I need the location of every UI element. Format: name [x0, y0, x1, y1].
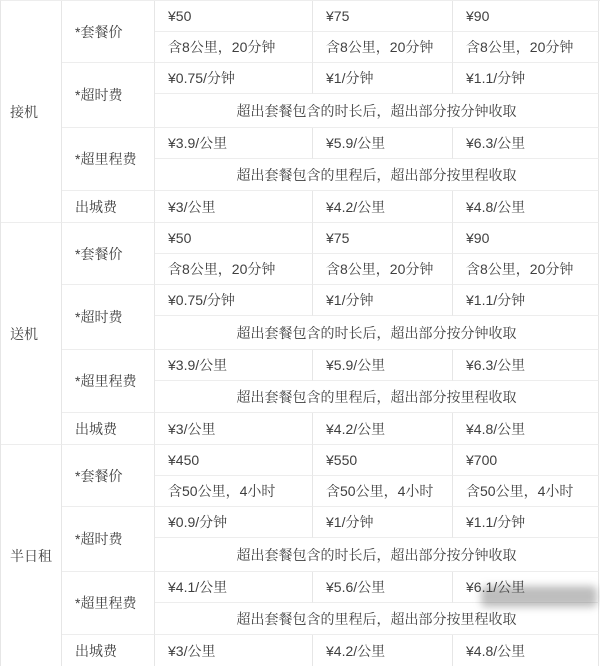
outcity-rate: ¥4.2/公里 — [313, 635, 453, 666]
outcity-rate: ¥4.8/公里 — [453, 413, 599, 445]
package-includes: 含8公里，20分钟 — [313, 32, 453, 63]
package-includes: 含8公里，20分钟 — [313, 254, 453, 285]
row-label-outcity-fee: 出城费 — [62, 413, 155, 445]
row-label-package-price: *套餐价 — [62, 445, 155, 507]
package-price-value: ¥90 — [453, 223, 599, 254]
package-includes: 含8公里，20分钟 — [453, 32, 599, 63]
package-includes: 含50公里，4小时 — [453, 476, 599, 507]
row-label-overmileage-fee: *超里程费 — [62, 572, 155, 635]
overmileage-rate: ¥4.1/公里 — [155, 572, 313, 603]
overmileage-rate: ¥5.9/公里 — [313, 128, 453, 159]
package-includes: 含8公里，20分钟 — [453, 254, 599, 285]
overtime-note: 超出套餐包含的时长后，超出部分按分钟收取 — [155, 94, 599, 128]
overmileage-note: 超出套餐包含的里程后，超出部分按里程收取 — [155, 603, 599, 635]
package-includes: 含50公里，4小时 — [155, 476, 313, 507]
package-price-value: ¥75 — [313, 1, 453, 32]
row-label-overtime-fee: *超时费 — [62, 63, 155, 128]
section-group-label: 送机 — [1, 223, 62, 445]
overtime-note: 超出套餐包含的时长后，超出部分按分钟收取 — [155, 538, 599, 572]
pricing-table: 接机 *套餐价 ¥50 ¥75 ¥90 含8公里，20分钟 含8公里，20分钟 … — [0, 0, 600, 666]
overmileage-note: 超出套餐包含的里程后，超出部分按里程收取 — [155, 159, 599, 191]
overtime-rate: ¥1.1/分钟 — [453, 507, 599, 538]
overmileage-rate: ¥3.9/公里 — [155, 350, 313, 381]
fee-section-dropoff: 送机 *套餐价 ¥50 ¥75 ¥90 含8公里，20分钟 含8公里，20分钟 … — [1, 223, 600, 445]
package-includes: 含8公里，20分钟 — [155, 32, 313, 63]
overtime-rate: ¥1/分钟 — [313, 507, 453, 538]
overtime-rate: ¥0.75/分钟 — [155, 285, 313, 316]
package-price-value: ¥550 — [313, 445, 453, 476]
outcity-rate: ¥4.8/公里 — [453, 191, 599, 223]
overmileage-rate: ¥6.3/公里 — [453, 128, 599, 159]
section-group-label: 接机 — [1, 1, 62, 223]
row-label-overtime-fee: *超时费 — [62, 285, 155, 350]
outcity-rate: ¥3/公里 — [155, 635, 313, 666]
row-label-outcity-fee: 出城费 — [62, 635, 155, 666]
package-price-value: ¥50 — [155, 1, 313, 32]
row-label-overmileage-fee: *超里程费 — [62, 350, 155, 413]
package-price-value: ¥700 — [453, 445, 599, 476]
overmileage-rate: ¥3.9/公里 — [155, 128, 313, 159]
fee-section-halfday: 半日租 *套餐价 ¥450 ¥550 ¥700 含50公里，4小时 含50公里，… — [1, 445, 600, 666]
outcity-rate: ¥3/公里 — [155, 191, 313, 223]
section-group-label: 半日租 — [1, 445, 62, 666]
overtime-rate: ¥1/分钟 — [313, 285, 453, 316]
fee-section-pickup: 接机 *套餐价 ¥50 ¥75 ¥90 含8公里，20分钟 含8公里，20分钟 … — [1, 1, 600, 223]
outcity-rate: ¥4.2/公里 — [313, 191, 453, 223]
package-price-value: ¥450 — [155, 445, 313, 476]
overtime-rate: ¥1.1/分钟 — [453, 285, 599, 316]
row-label-overmileage-fee: *超里程费 — [62, 128, 155, 191]
overmileage-note: 超出套餐包含的里程后，超出部分按里程收取 — [155, 381, 599, 413]
package-includes: 含8公里，20分钟 — [155, 254, 313, 285]
package-price-value: ¥50 — [155, 223, 313, 254]
overmileage-rate: ¥6.1/公里 — [453, 572, 599, 603]
overmileage-rate: ¥6.3/公里 — [453, 350, 599, 381]
outcity-rate: ¥4.8/公里 — [453, 635, 599, 666]
overtime-rate: ¥0.75/分钟 — [155, 63, 313, 94]
overtime-note: 超出套餐包含的时长后，超出部分按分钟收取 — [155, 316, 599, 350]
overmileage-rate: ¥5.9/公里 — [313, 350, 453, 381]
package-price-value: ¥90 — [453, 1, 599, 32]
package-price-value: ¥75 — [313, 223, 453, 254]
overtime-rate: ¥1.1/分钟 — [453, 63, 599, 94]
package-includes: 含50公里，4小时 — [313, 476, 453, 507]
row-label-package-price: *套餐价 — [62, 1, 155, 63]
outcity-rate: ¥4.2/公里 — [313, 413, 453, 445]
overtime-rate: ¥0.9/分钟 — [155, 507, 313, 538]
outcity-rate: ¥3/公里 — [155, 413, 313, 445]
row-label-overtime-fee: *超时费 — [62, 507, 155, 572]
overtime-rate: ¥1/分钟 — [313, 63, 453, 94]
row-label-outcity-fee: 出城费 — [62, 191, 155, 223]
row-label-package-price: *套餐价 — [62, 223, 155, 285]
overmileage-rate: ¥5.6/公里 — [313, 572, 453, 603]
